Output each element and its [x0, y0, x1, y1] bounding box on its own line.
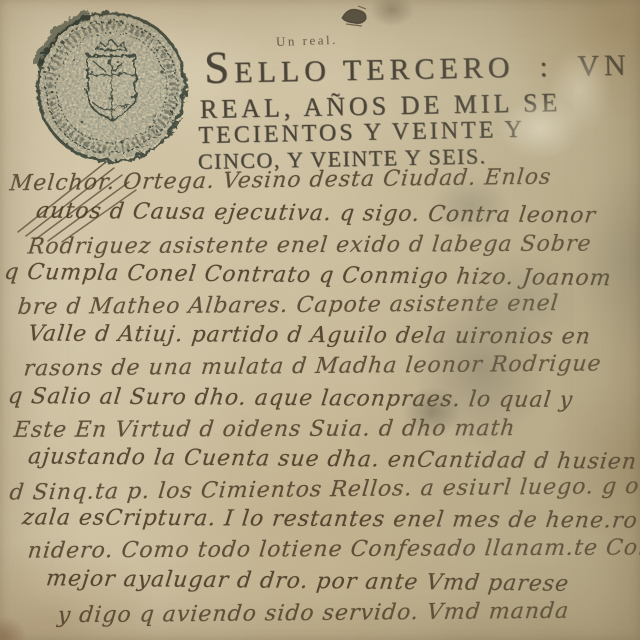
manuscript-line: d Sinq.ta p. los Cimientos Rellos. a esi…: [8, 473, 640, 505]
manuscript-line: ajustando la Cuenta sue dha. enCantidad …: [27, 444, 639, 474]
manuscript-line: autos d Causa ejecutiva. q sigo. Contra …: [35, 199, 598, 229]
manuscript-line: mejor ayalugar d dro. por ante Vmd pares…: [45, 566, 571, 596]
manuscript-body: Melchor. Ortega. Vesino desta Ciudad. En…: [0, 0, 640, 640]
manuscript-line: Valle d Atiuj. partido d Aguilo dela uir…: [27, 322, 593, 350]
manuscript-line: y digo q aviendo sido servido. Vmd manda: [57, 599, 571, 628]
manuscript-line: rasons de una mulata d Madha leonor Rodr…: [23, 351, 603, 381]
manuscript-page: Un real. SELLO TERCERO : VN REAL, AÑOS D…: [0, 0, 640, 640]
manuscript-line: zala esCriptura. I lo restantes enel mes…: [21, 505, 640, 533]
manuscript-line: bre d Matheo Albares. Capote asistente e…: [17, 291, 560, 320]
manuscript-line: q Salio al Suro dho. aque laconpraes. lo…: [7, 384, 575, 413]
manuscript-line: Rodriguez asistente enel exido d labega …: [27, 232, 593, 260]
manuscript-line: q Cumpla Conel Contrato q Conmigo hizo. …: [3, 260, 613, 291]
manuscript-line: Melchor. Ortega. Vesino desta Ciudad. En…: [9, 165, 553, 197]
manuscript-line: Este En Virtud d oidens Suia. d dho math: [13, 416, 517, 443]
manuscript-line: nidero. Como todo lotiene Confesado llan…: [27, 535, 640, 563]
